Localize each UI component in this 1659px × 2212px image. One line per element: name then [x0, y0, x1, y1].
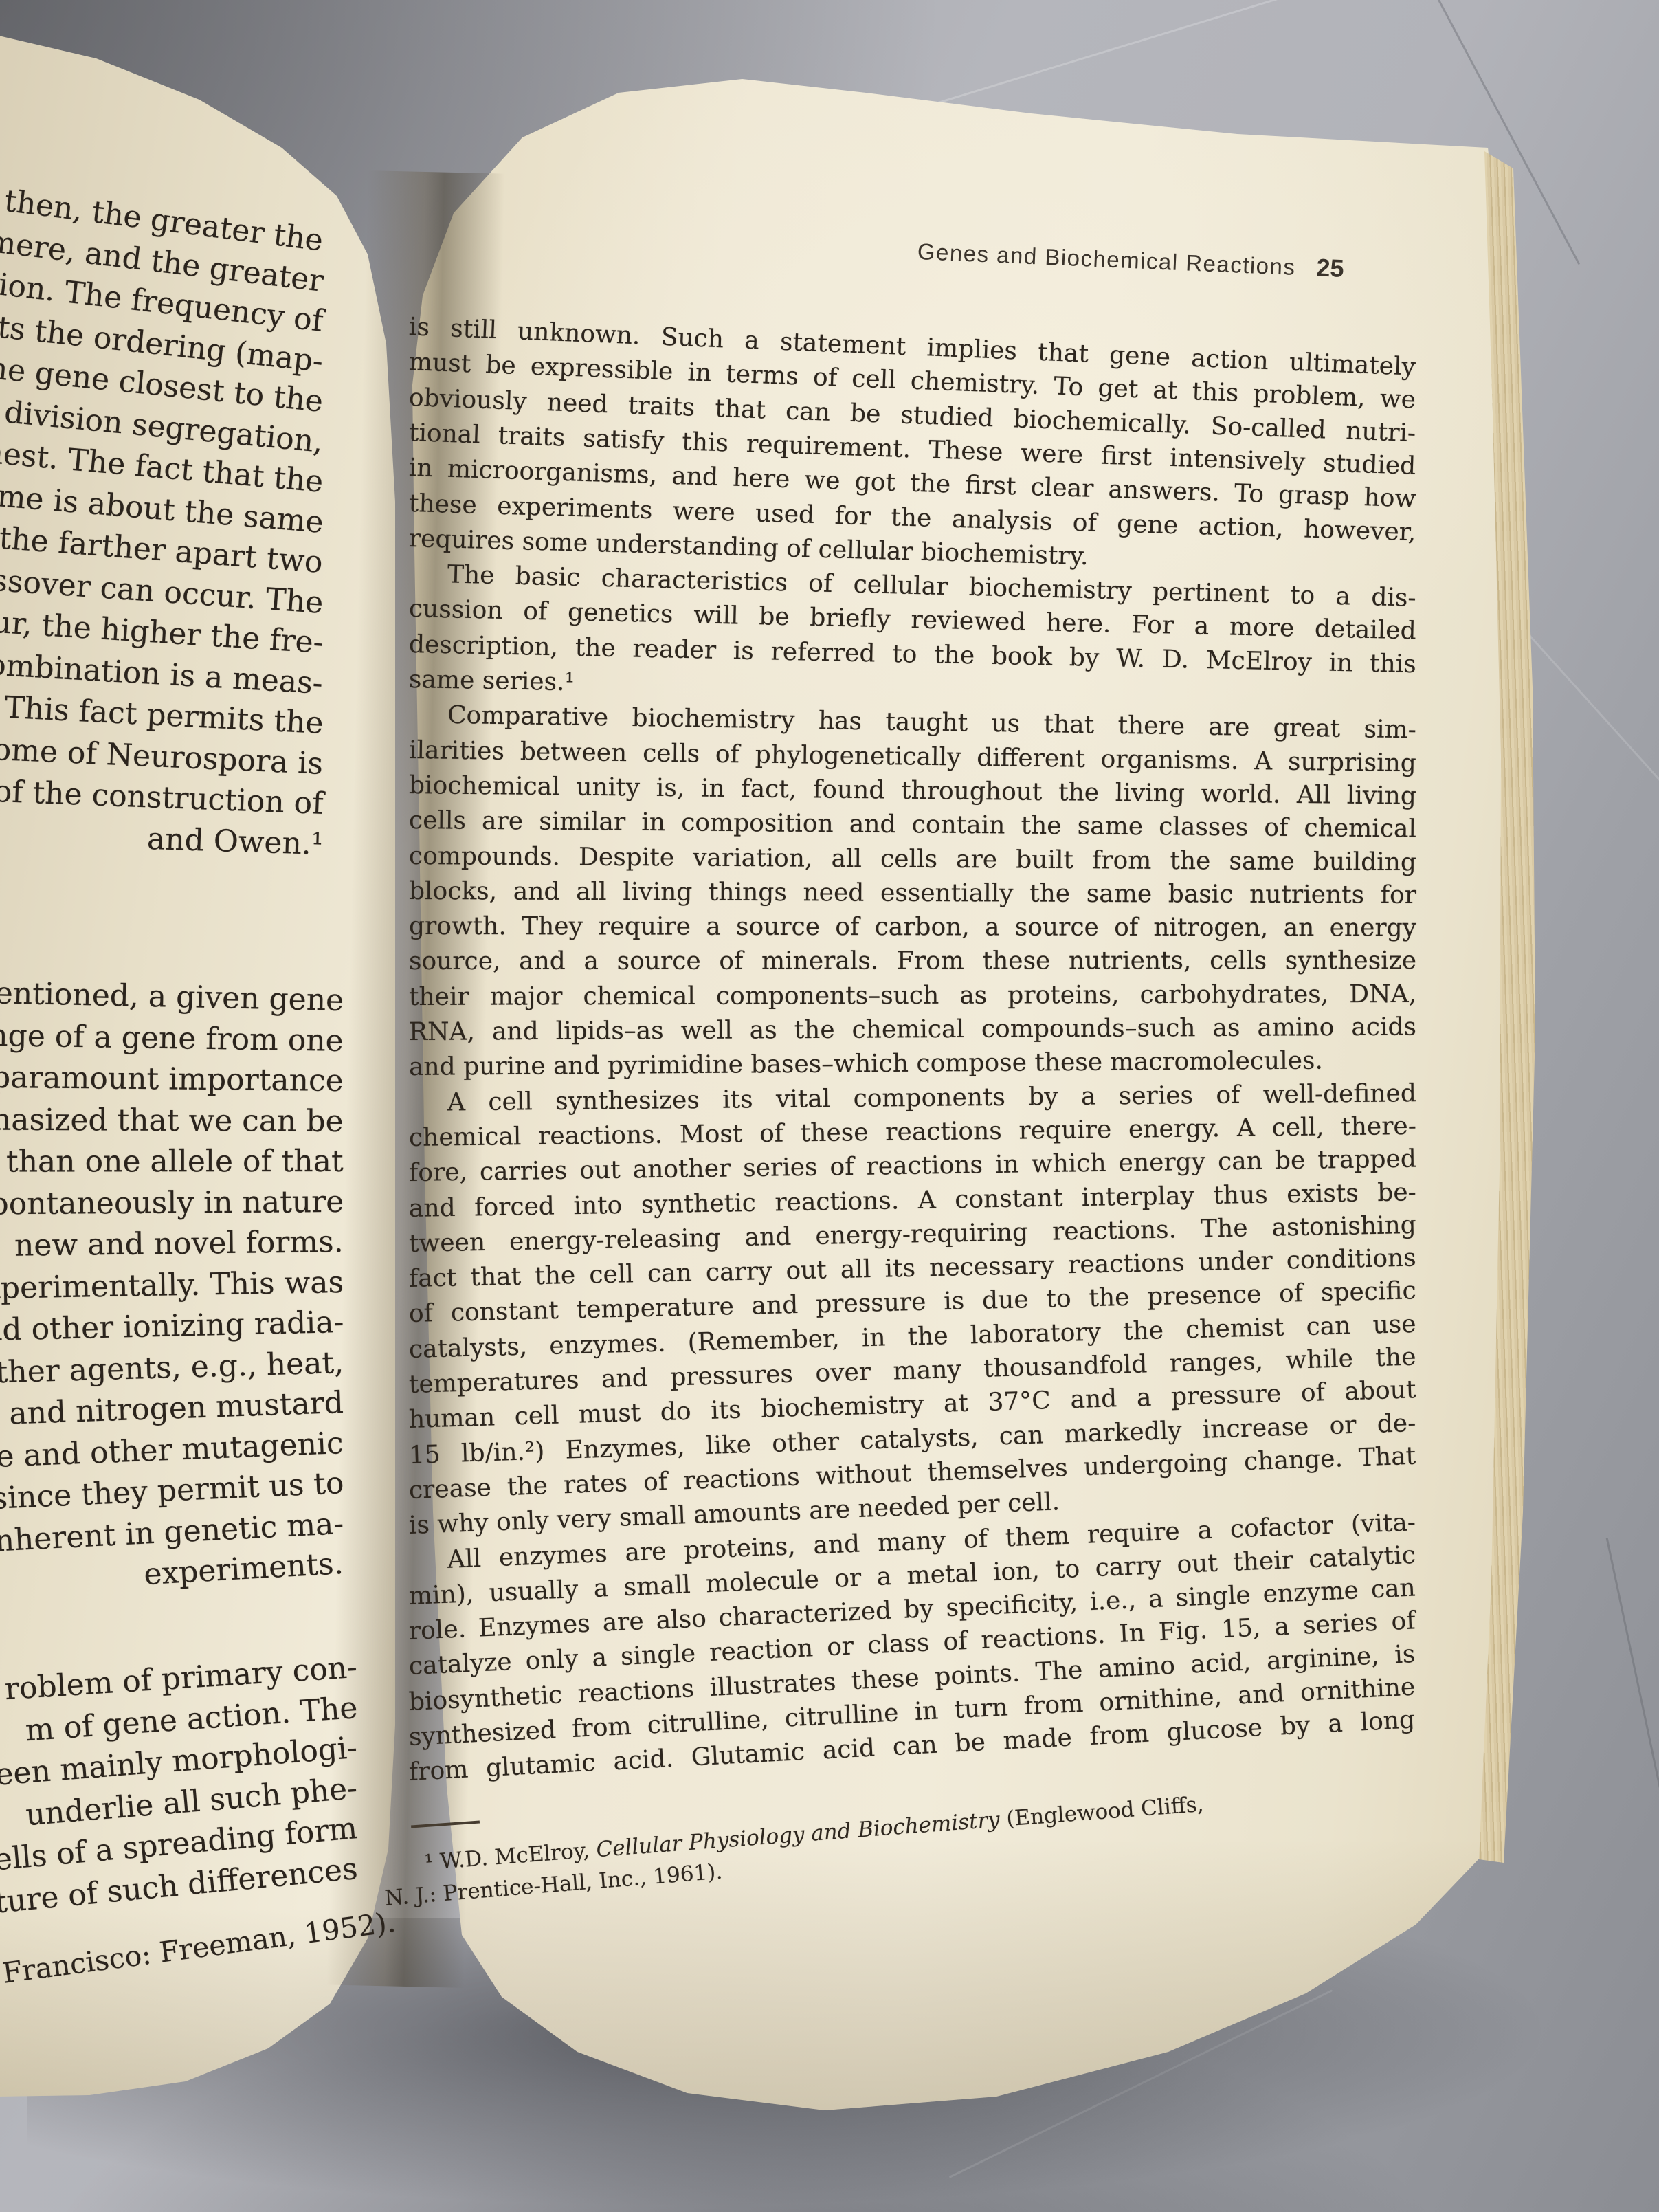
text-line: and Owen.¹ [146, 821, 324, 861]
text-line: RNA, and lipids–as well as the chemical … [409, 1011, 1416, 1049]
text-line: blocks, and all living things need essen… [409, 875, 1416, 912]
text-line: compounds. Despite variation, all cells … [409, 840, 1416, 879]
text-line: new and novel forms. [14, 1224, 344, 1263]
text-line: xperimentally. This was [0, 1265, 344, 1306]
scratch-mark [1606, 1538, 1659, 1874]
text-line: e than one allele of that [0, 1144, 344, 1180]
text-line: spontaneously in nature [0, 1184, 344, 1221]
text-line: mentioned, a given gene [0, 975, 344, 1018]
text-line: their major chemical components–such as … [409, 978, 1416, 1014]
book-photo: Genes and Biochemical Reactions25 is sti… [0, 0, 1659, 2212]
text-line: growth. They require a source of carbon,… [409, 910, 1416, 945]
text-line: source, and a source of minerals. From t… [409, 945, 1416, 979]
text-line: paramount importance [0, 1060, 344, 1098]
page-number: 25 [1316, 253, 1345, 283]
text-line: hasized that we can be [0, 1102, 344, 1138]
text-line: ange of a gene from one [0, 1017, 344, 1058]
